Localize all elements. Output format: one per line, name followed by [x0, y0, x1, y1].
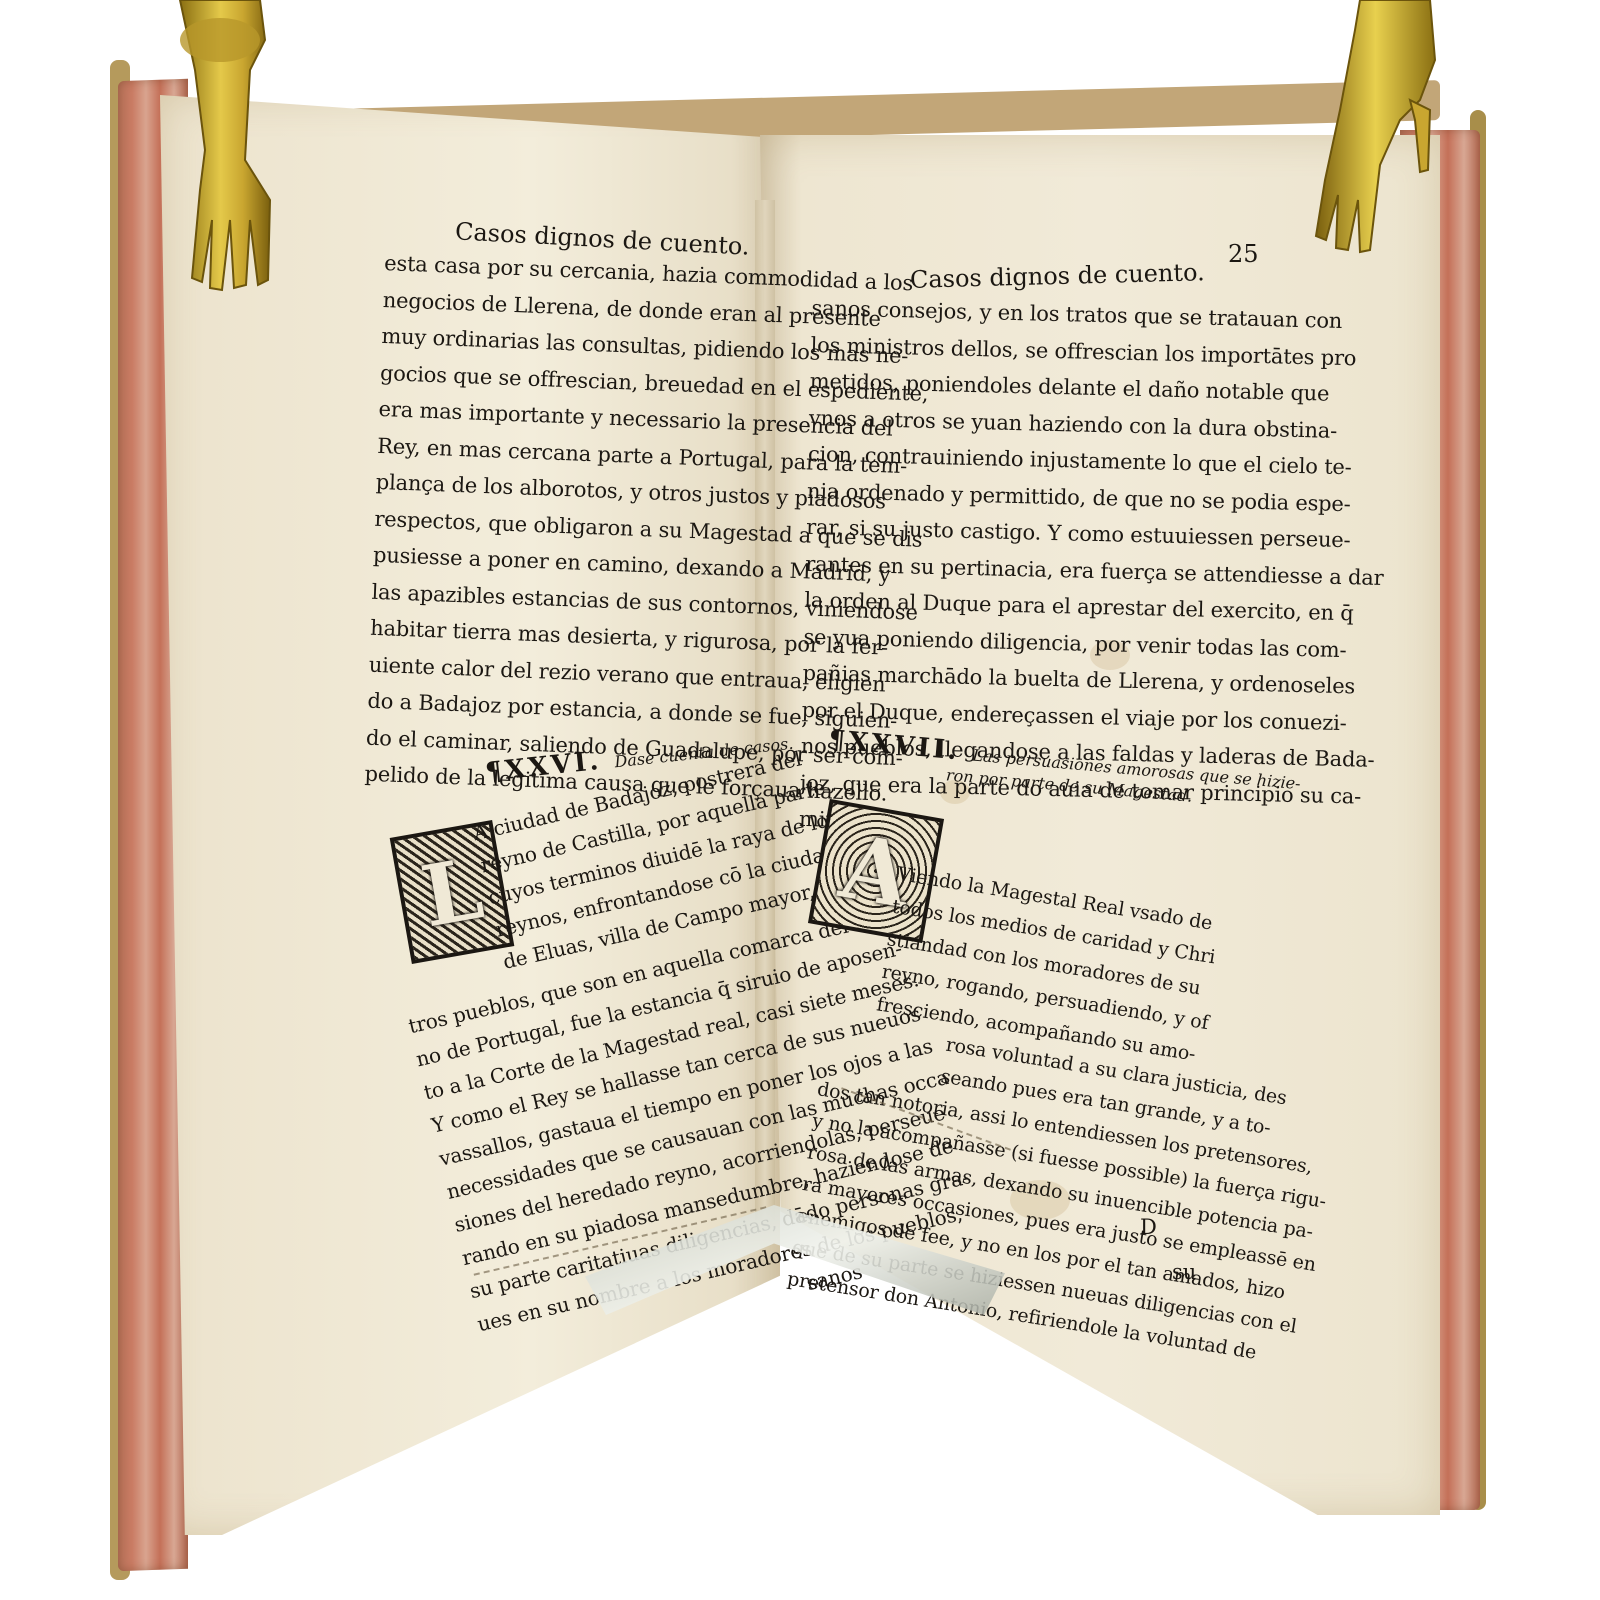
catchword: su [1172, 1260, 1196, 1284]
brass-hand-clip-left-icon [150, 0, 300, 300]
page-number: 25 [1228, 240, 1259, 268]
brass-hand-clip-right-icon [1270, 0, 1450, 270]
signature-mark: D [1140, 1215, 1157, 1239]
open-book: Casos dignos de cuento. esta casa por su… [0, 0, 1600, 1600]
